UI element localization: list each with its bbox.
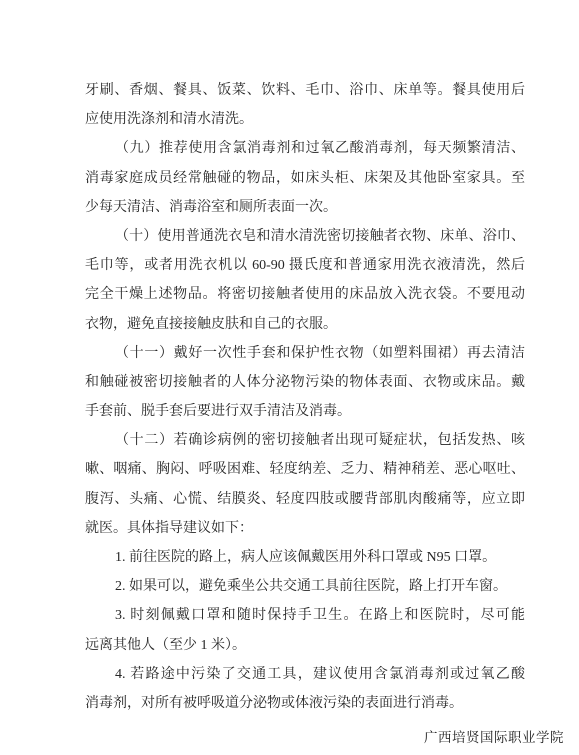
text-line: 腹泻、头痛、心慌、结膜炎、轻度四肢或腰背部肌肉酸痛等，应立即 (85, 485, 525, 514)
document-page: 牙刷、香烟、餐具、饭菜、饮料、毛巾、浴巾、床单等。餐具使用后应使用洗涤剂和清水清… (0, 0, 579, 755)
text-line: 手套前、脱手套后要进行双手清洁及消毒。 (85, 397, 525, 426)
text-line: （十二）若确诊病例的密切接触者出现可疑症状，包括发热、咳 (85, 426, 525, 455)
text-line: 嗽、咽痛、胸闷、呼吸困难、轻度纳差、乏力、精神稍差、恶心呕吐、 (85, 455, 525, 484)
text-line: 消毒剂，对所有被呼吸道分泌物或体液污染的表面进行消毒。 (85, 689, 525, 718)
text-line: 远离其他人（至少 1 米）。 (85, 631, 525, 660)
text-line: 应使用洗涤剂和清水清洗。 (85, 105, 525, 134)
text-line: 3. 时刻佩戴口罩和随时保持手卫生。在路上和医院时，尽可能 (85, 601, 525, 630)
text-line: 4. 若路途中污染了交通工具，建议使用含氯消毒剂或过氧乙酸 (85, 660, 525, 689)
text-line: （九）推荐使用含氯消毒剂和过氧乙酸消毒剂，每天频繁清洁、 (85, 134, 525, 163)
document-body: 牙刷、香烟、餐具、饭菜、饮料、毛巾、浴巾、床单等。餐具使用后应使用洗涤剂和清水清… (85, 76, 525, 718)
text-line: 1. 前往医院的路上，病人应该佩戴医用外科口罩或 N95 口罩。 (85, 543, 525, 572)
text-line: 毛巾等，或者用洗衣机以 60-90 摄氏度和普通家用洗衣液清洗，然后 (85, 251, 525, 280)
text-line: 牙刷、香烟、餐具、饭菜、饮料、毛巾、浴巾、床单等。餐具使用后 (85, 76, 525, 105)
text-line: 少每天清洁、消毒浴室和厕所表面一次。 (85, 193, 525, 222)
text-line: 衣物，避免直接接触皮肤和自己的衣服。 (85, 310, 525, 339)
text-line: 2. 如果可以，避免乘坐公共交通工具前往医院，路上打开车窗。 (85, 572, 525, 601)
text-line: 和触碰被密切接触者的人体分泌物污染的物体表面、衣物或床品。戴 (85, 368, 525, 397)
text-line: 就医。具体指导建议如下： (85, 514, 525, 543)
text-line: （十一）戴好一次性手套和保护性衣物（如塑料围裙）再去清洁 (85, 339, 525, 368)
footer-school-name: 广西培贤国际职业学院 (424, 728, 564, 748)
text-line: 消毒家庭成员经常触碰的物品，如床头柜、床架及其他卧室家具。至 (85, 164, 525, 193)
text-line: 完全干燥上述物品。将密切接触者使用的床品放入洗衣袋。不要甩动 (85, 280, 525, 309)
text-line: （十）使用普通洗衣皂和清水清洗密切接触者衣物、床单、浴巾、 (85, 222, 525, 251)
